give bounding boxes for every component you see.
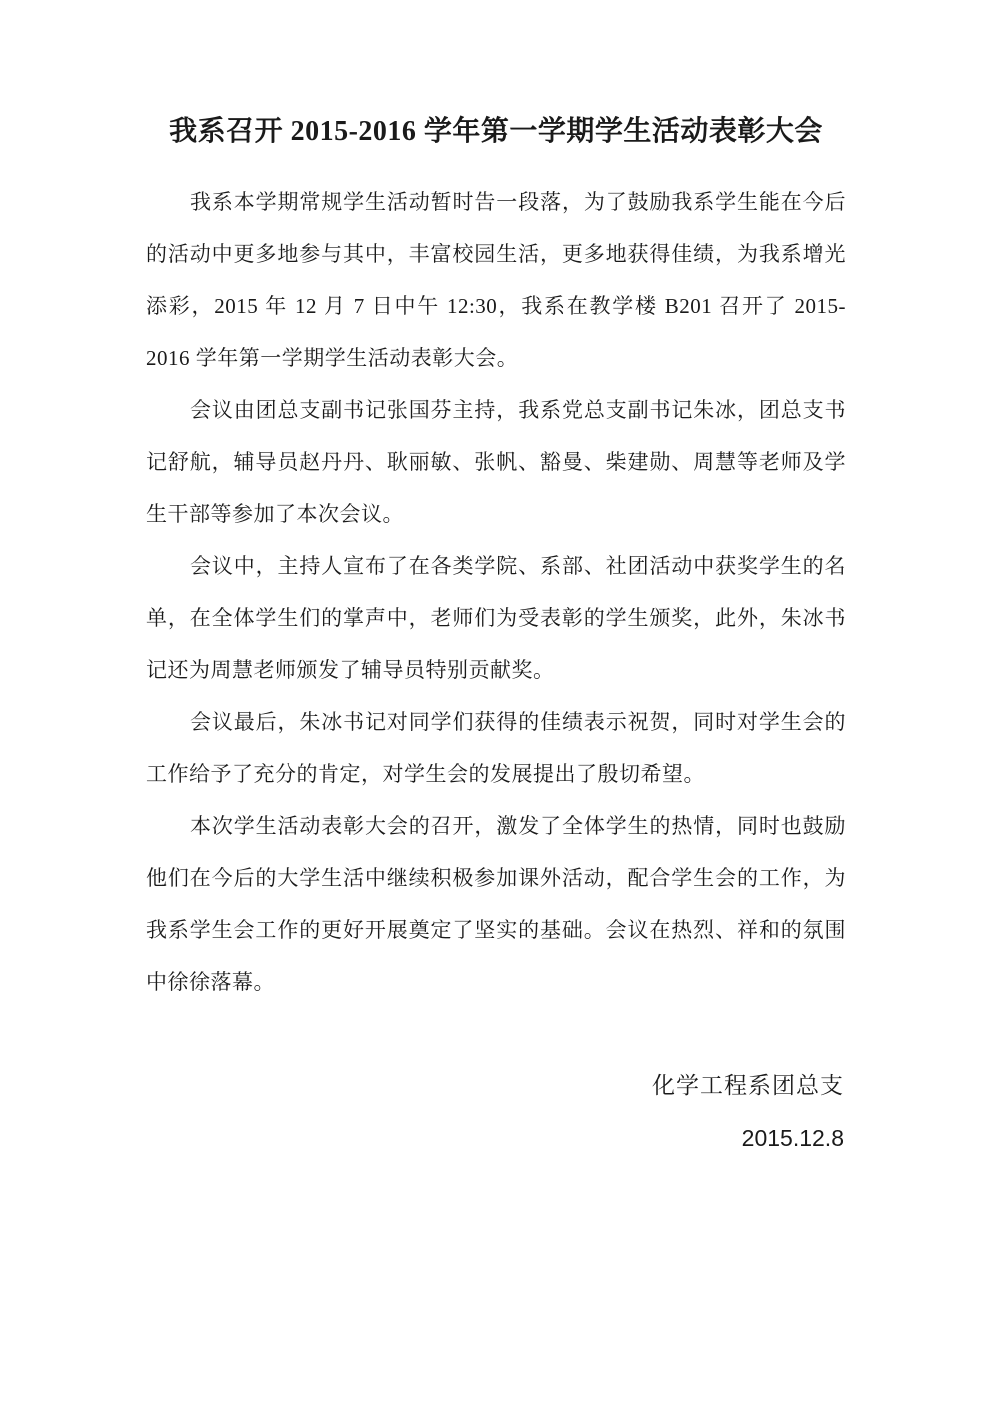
document-title: 我系召开 2015-2016 学年第一学期学生活动表彰大会: [146, 112, 846, 152]
signature-line: 化学工程系团总支: [146, 1060, 846, 1112]
paragraph-4: 会议最后，朱冰书记对同学们获得的佳绩表示祝贺，同时对学生会的工作给予了充分的肯定…: [146, 696, 846, 800]
document-page: 我系召开 2015-2016 学年第一学期学生活动表彰大会 我系本学期常规学生活…: [0, 0, 992, 1403]
paragraph-3: 会议中，主持人宣布了在各类学院、系部、社团活动中获奖学生的名单，在全体学生们的掌…: [146, 540, 846, 696]
paragraph-1: 我系本学期常规学生活动暂时告一段落，为了鼓励我系学生能在今后的活动中更多地参与其…: [146, 176, 846, 384]
paragraph-2: 会议由团总支副书记张国芬主持，我系党总支副书记朱冰，团总支书记舒航，辅导员赵丹丹…: [146, 384, 846, 540]
document-body: 我系本学期常规学生活动暂时告一段落，为了鼓励我系学生能在今后的活动中更多地参与其…: [146, 176, 846, 1008]
paragraph-5: 本次学生活动表彰大会的召开，激发了全体学生的热情，同时也鼓励他们在今后的大学生活…: [146, 800, 846, 1008]
date-line: 2015.12.8: [146, 1112, 846, 1164]
